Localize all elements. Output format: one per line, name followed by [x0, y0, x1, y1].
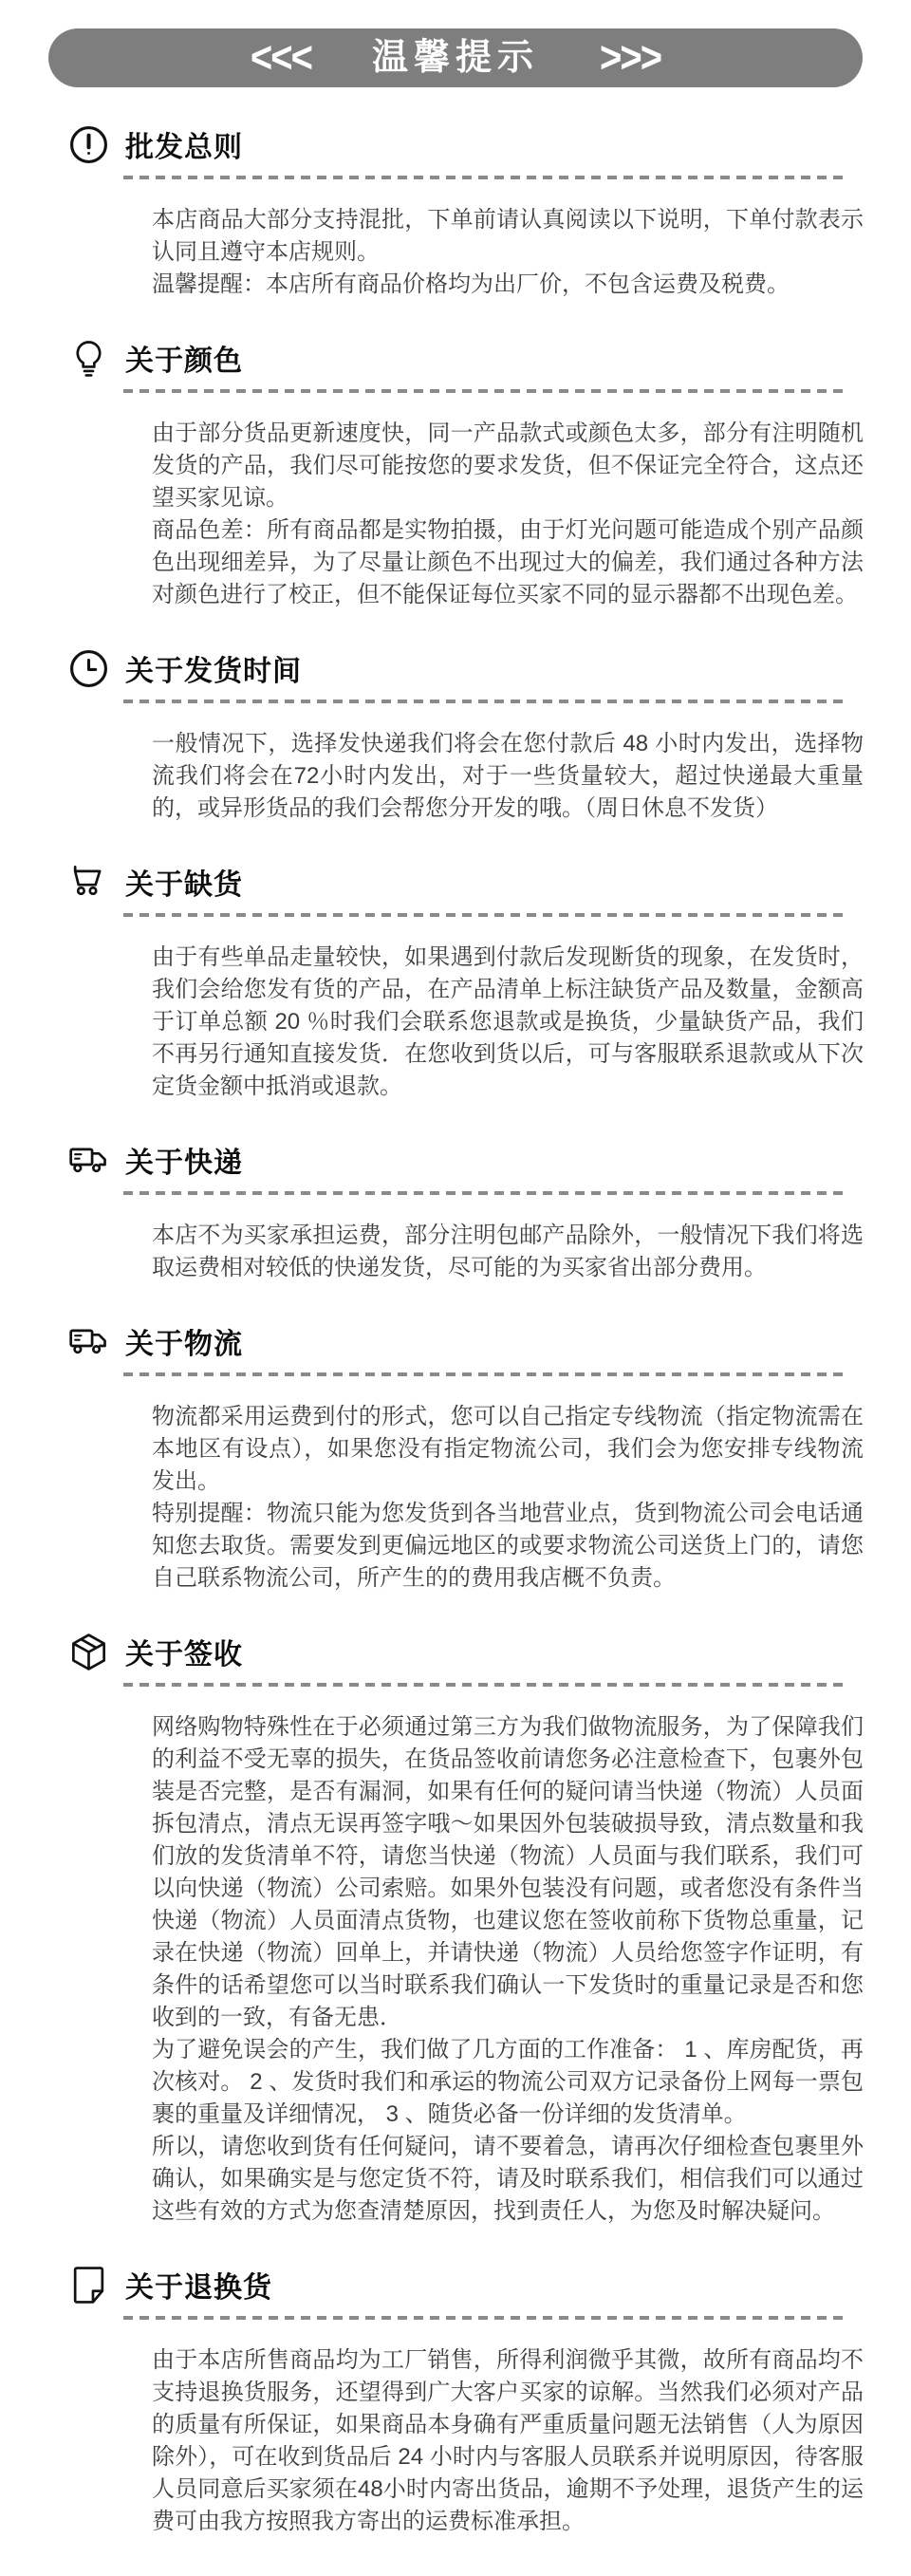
dashed-divider	[123, 1683, 843, 1687]
section-paragraph: 商品色差：所有商品都是实物拍摄，由于灯光问题可能造成个别产品颜色出现细差异，为了…	[152, 514, 864, 611]
section-header: 关于快递	[0, 1139, 911, 1181]
section-header: 关于颜色	[0, 337, 911, 379]
section-paragraph: 由于本店所售商品均为工厂销售，所得利润微乎其微，故所有商品均不支持退换货服务，还…	[152, 2344, 864, 2538]
exclamation-circle-icon	[68, 124, 109, 165]
page-banner: <<< 温馨提示 >>>	[48, 28, 863, 87]
truck-icon	[68, 1321, 109, 1362]
section-header: 批发总则	[0, 123, 911, 165]
section-paragraph: 网络购物特殊性在于必须通过第三方为我们做物流服务，为了保障我们的利益不受无辜的损…	[152, 1711, 864, 2034]
section-body: 由于本店所售商品均为工厂销售，所得利润微乎其微，故所有商品均不支持退换货服务，还…	[152, 2344, 864, 2538]
section-body: 网络购物特殊性在于必须通过第三方为我们做物流服务，为了保障我们的利益不受无辜的损…	[152, 1711, 864, 2228]
section-header: 关于缺货	[0, 861, 911, 903]
section-paragraph: 为了避免误会的产生，我们做了几方面的工作准备： 1 、库房配货，再次核对。 2 …	[152, 2034, 864, 2131]
dashed-divider	[123, 1372, 843, 1376]
left-arrows-icon: <<<	[251, 36, 311, 80]
package-icon	[68, 1632, 109, 1672]
section-header: 关于物流	[0, 1320, 911, 1362]
section-paragraph: 特别提醒：物流只能为您发货到各当地营业点，货到物流公司会电话通知您去取货。需要发…	[152, 1498, 864, 1595]
section-body: 物流都采用运费到付的形式，您可以自己指定专线物流（指定物流需在本地区有设点），如…	[152, 1401, 864, 1595]
section-paragraph: 所以，请您收到货有任何疑问，请不要着急，请再次仔细检查包裹里外确认，如果确实是与…	[152, 2131, 864, 2228]
section-returns: 关于退换货 由于本店所售商品均为工厂销售，所得利润微乎其微，故所有商品均不支持退…	[0, 2264, 911, 2538]
section-heading: 关于颜色	[125, 337, 243, 379]
cart-icon	[68, 862, 109, 903]
section-header: 关于签收	[0, 1631, 911, 1672]
section-body: 本店商品大部分支持混批，下单前请认真阅读以下说明，下单付款表示认同且遵守本店规则…	[152, 204, 864, 301]
note-icon	[68, 2265, 109, 2305]
dashed-divider	[123, 2316, 843, 2320]
section-heading: 关于退换货	[125, 2264, 272, 2305]
tips-page: <<< 温馨提示 >>> 批发总则 本店商品大部分支持混批，下单前请认真阅读以下…	[0, 0, 911, 2576]
section-paragraph: 一般情况下，选择发快递我们将会在您付款后 48 小时内发出，选择物流我们将会在7…	[152, 728, 864, 825]
section-receipt: 关于签收 网络购物特殊性在于必须通过第三方为我们做物流服务，为了保障我们的利益不…	[0, 1631, 911, 2228]
section-heading: 批发总则	[125, 123, 243, 165]
section-heading: 关于缺货	[125, 861, 243, 903]
dashed-divider	[123, 1191, 843, 1195]
section-body: 本店不为买家承担运费，部分注明包邮产品除外，一般情况下我们将选取运费相对较低的快…	[152, 1220, 864, 1284]
right-arrows-icon: >>>	[600, 36, 660, 80]
section-paragraph: 本店不为买家承担运费，部分注明包邮产品除外，一般情况下我们将选取运费相对较低的快…	[152, 1220, 864, 1284]
section-heading: 关于发货时间	[125, 647, 302, 689]
section-out-of-stock: 关于缺货 由于有些单品走量较快，如果遇到付款后发现断货的现象，在发货时，我们会给…	[0, 861, 911, 1103]
section-header: 关于退换货	[0, 2264, 911, 2305]
lightbulb-icon	[68, 338, 109, 379]
dashed-divider	[123, 389, 843, 393]
section-heading: 关于签收	[125, 1631, 243, 1672]
section-heading: 关于物流	[125, 1320, 243, 1362]
truck-icon	[68, 1140, 109, 1181]
dashed-divider	[123, 913, 843, 917]
section-header: 关于发货时间	[0, 647, 911, 689]
dashed-divider	[123, 176, 843, 179]
section-paragraph: 由于有些单品走量较快，如果遇到付款后发现断货的现象，在发货时，我们会给您发有货的…	[152, 942, 864, 1103]
section-body: 由于部分货品更新速度快，同一产品款式或颜色太多，部分有注明随机发货的产品，我们尽…	[152, 418, 864, 611]
section-shipping-time: 关于发货时间 一般情况下，选择发快递我们将会在您付款后 48 小时内发出，选择物…	[0, 647, 911, 825]
section-paragraph: 温馨提醒：本店所有商品价格均为出厂价，不包含运费及税费。	[152, 269, 864, 301]
section-paragraph: 物流都采用运费到付的形式，您可以自己指定专线物流（指定物流需在本地区有设点），如…	[152, 1401, 864, 1498]
clock-icon	[68, 648, 109, 689]
section-body: 一般情况下，选择发快递我们将会在您付款后 48 小时内发出，选择物流我们将会在7…	[152, 728, 864, 825]
section-color: 关于颜色 由于部分货品更新速度快，同一产品款式或颜色太多，部分有注明随机发货的产…	[0, 337, 911, 611]
section-wholesale-rules: 批发总则 本店商品大部分支持混批，下单前请认真阅读以下说明，下单付款表示认同且遵…	[0, 123, 911, 301]
section-logistics: 关于物流 物流都采用运费到付的形式，您可以自己指定专线物流（指定物流需在本地区有…	[0, 1320, 911, 1595]
section-paragraph: 由于部分货品更新速度快，同一产品款式或颜色太多，部分有注明随机发货的产品，我们尽…	[152, 418, 864, 514]
section-paragraph: 本店商品大部分支持混批，下单前请认真阅读以下说明，下单付款表示认同且遵守本店规则…	[152, 204, 864, 269]
section-express: 关于快递 本店不为买家承担运费，部分注明包邮产品除外，一般情况下我们将选取运费相…	[0, 1139, 911, 1284]
dashed-divider	[123, 700, 843, 703]
section-body: 由于有些单品走量较快，如果遇到付款后发现断货的现象，在发货时，我们会给您发有货的…	[152, 942, 864, 1103]
section-heading: 关于快递	[125, 1139, 243, 1181]
page-title: 温馨提示	[372, 40, 539, 76]
